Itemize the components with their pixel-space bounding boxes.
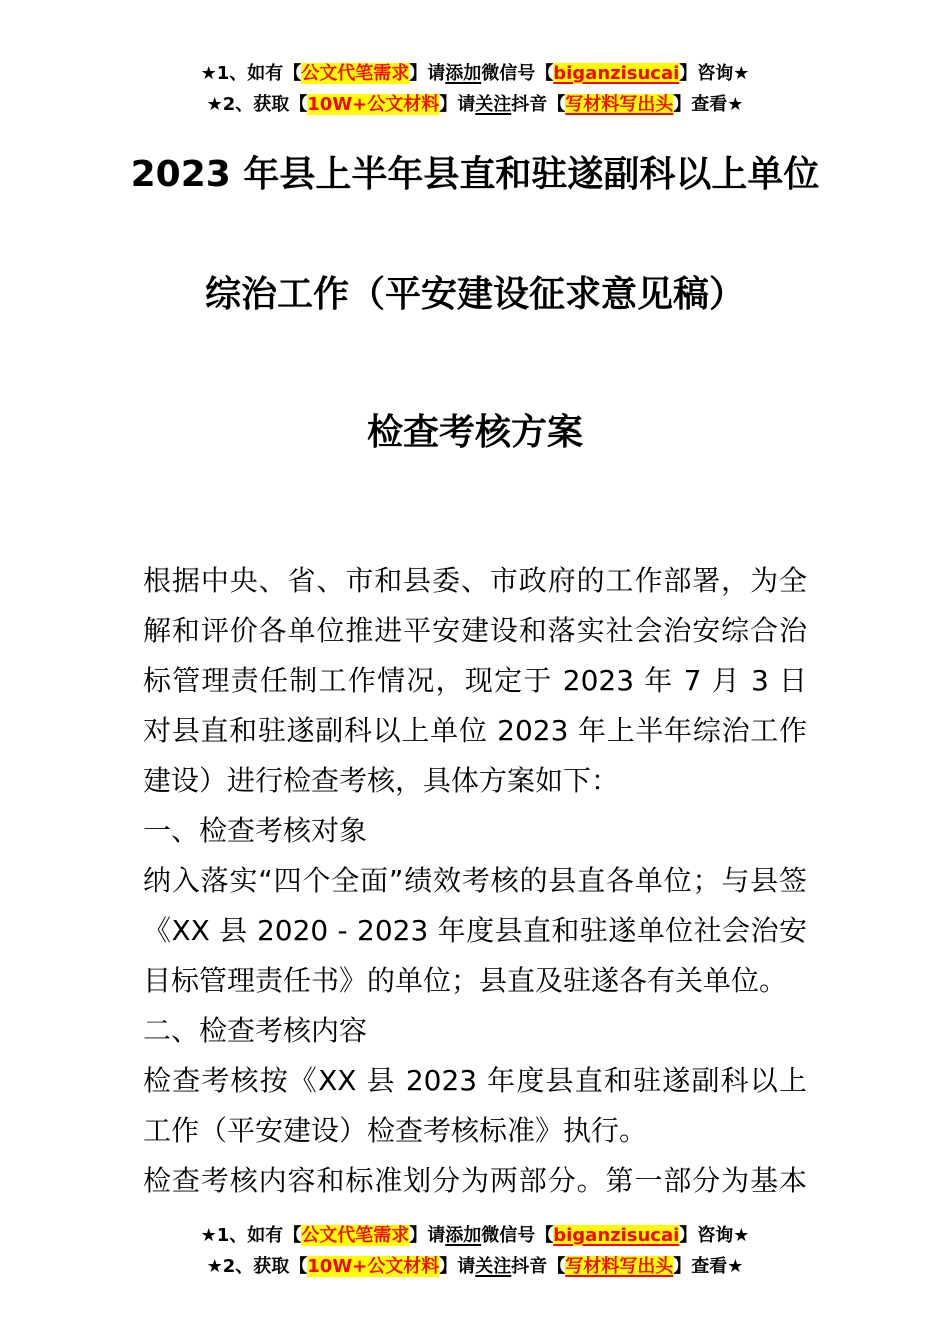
promo-header-line2: ★2、获取【10W+公文材料】请关注抖音【写材料写出头】查看★ — [0, 89, 950, 120]
document-title-line3: 检查考核方案 — [0, 408, 950, 458]
promo-text: 】查看★ — [673, 94, 743, 115]
document-title-line1: 2023 年县上半年县直和驻遂副科以上单位 — [0, 150, 950, 200]
promo-highlight: 公文代笔需求 — [301, 63, 409, 84]
promo-highlight-link: biganzisucai — [553, 63, 679, 84]
promo-text: ★2、获取【 — [207, 1256, 308, 1277]
promo-text: 】请 — [409, 1225, 445, 1246]
promo-highlight-link: 写材料写出头 — [565, 1256, 673, 1277]
body-line: 目标管理责任书》的单位；县直及驻遂各有关单位。 — [143, 956, 807, 1006]
promo-text: ★2、获取【 — [207, 94, 308, 115]
body-line: 根据中央、省、市和县委、市政府的工作部署，为全面了 — [143, 556, 807, 606]
body-line: 《XX 县 2020 - 2023 年度县直和驻遂单位社会治安综合治理 — [143, 906, 807, 956]
body-line: 纳入落实“四个全面”绩效考核的县直各单位；与县签订 — [143, 856, 807, 906]
body-line: 检查考核内容和标准划分为两部分。第一部分为基本标准 — [143, 1156, 807, 1206]
promo-text: 】查看★ — [673, 1256, 743, 1277]
promo-highlight-link: 写材料写出头 — [565, 94, 673, 115]
body-line: 一、检查考核对象 — [143, 806, 807, 856]
promo-text: 】咨询★ — [679, 1225, 749, 1246]
promo-text: ★1、如有【 — [201, 1225, 302, 1246]
promo-footer-line2: ★2、获取【10W+公文材料】请关注抖音【写材料写出头】查看★ — [0, 1251, 950, 1282]
document-page: ★1、如有【公文代笔需求】请添加微信号【biganzisucai】咨询★ ★2、… — [0, 0, 950, 1344]
promo-text: 抖音【 — [511, 1256, 565, 1277]
promo-underline-text: 关注 — [475, 94, 511, 115]
body-line: 检查考核按《XX 县 2023 年度县直和驻遂副科以上单位综治 — [143, 1056, 807, 1106]
promo-text: ★1、如有【 — [201, 63, 302, 84]
promo-highlight: 10W+公文材料 — [307, 94, 439, 115]
promo-text: 微信号【 — [481, 1225, 553, 1246]
promo-text: 】请 — [409, 63, 445, 84]
body-line: 解和评价各单位推进平安建设和落实社会治安综合治理目 — [143, 606, 807, 656]
body-line: 二、检查考核内容 — [143, 1006, 807, 1056]
promo-footer: ★1、如有【公文代笔需求】请添加微信号【biganzisucai】咨询★ ★2、… — [0, 1220, 950, 1282]
body-line: 对县直和驻遂副科以上单位 2023 年上半年综治工作（平安 — [143, 706, 807, 756]
promo-text: 】请 — [439, 1256, 475, 1277]
document-title-line2: 综治工作（平安建设征求意见稿） — [0, 270, 950, 320]
promo-highlight-link: biganzisucai — [553, 1225, 679, 1246]
promo-text: 】咨询★ — [679, 63, 749, 84]
body-line: 工作（平安建设）检查考核标准》执行。 — [143, 1106, 807, 1156]
document-body: 根据中央、省、市和县委、市政府的工作部署，为全面了解和评价各单位推进平安建设和落… — [143, 556, 807, 1206]
promo-highlight: 10W+公文材料 — [307, 1256, 439, 1277]
promo-underline-text: 添加 — [445, 1225, 481, 1246]
promo-header: ★1、如有【公文代笔需求】请添加微信号【biganzisucai】咨询★ ★2、… — [0, 0, 950, 120]
body-line: 建设）进行检查考核，具体方案如下： — [143, 756, 807, 806]
promo-highlight: 公文代笔需求 — [301, 1225, 409, 1246]
promo-text: 微信号【 — [481, 63, 553, 84]
body-line: 标管理责任制工作情况，现定于 2023 年 7 月 3 日至 16 日， — [143, 656, 807, 706]
promo-text: 】请 — [439, 94, 475, 115]
promo-text: 抖音【 — [511, 94, 565, 115]
promo-underline-text: 关注 — [475, 1256, 511, 1277]
promo-header-line1: ★1、如有【公文代笔需求】请添加微信号【biganzisucai】咨询★ — [0, 58, 950, 89]
promo-footer-line1: ★1、如有【公文代笔需求】请添加微信号【biganzisucai】咨询★ — [0, 1220, 950, 1251]
promo-underline-text: 添加 — [445, 63, 481, 84]
